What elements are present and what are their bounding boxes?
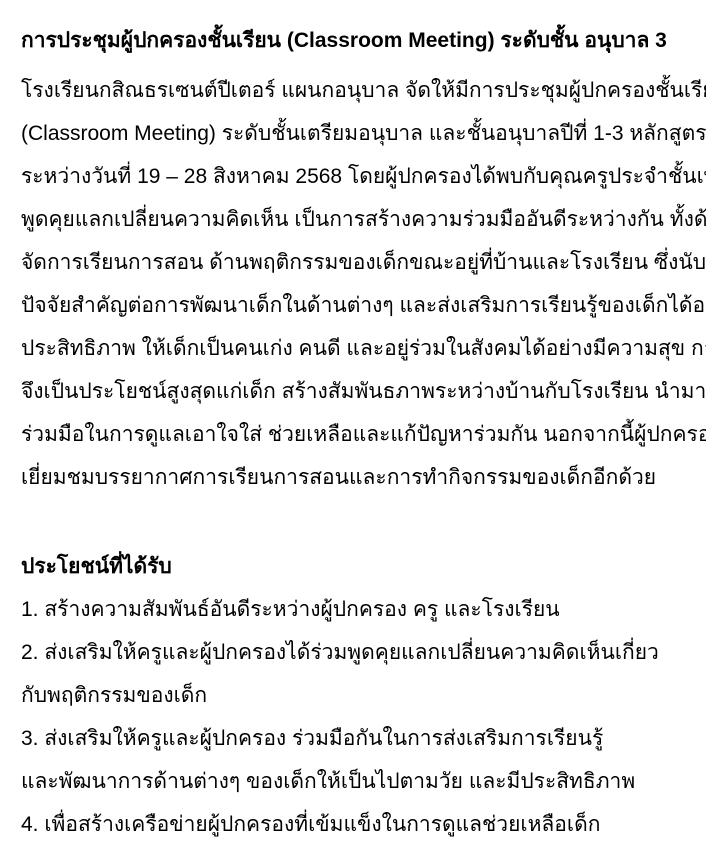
paragraph-line: เยี่ยมชมบรรยากาศการเรียนการสอนและการทำกิ… [21, 456, 690, 499]
benefit-item-1: 1. สร้างความสัมพันธ์อันดีระหว่างผู้ปกครอ… [21, 588, 690, 631]
paragraph-line: ปัจจัยสำคัญต่อการพัฒนาเด็กในด้านต่างๆ แล… [21, 284, 690, 327]
benefit-item-4: 4. เพื่อสร้างเครือข่ายผู้ปกครองที่เข้มแข… [21, 803, 690, 846]
document-page: การประชุมผู้ปกครองชั้นเรียน (Classroom M… [0, 0, 706, 860]
paragraph-line: ประสิทธิภาพ ให้เด็กเป็นคนเก่ง คนดี และอย… [21, 327, 690, 370]
benefit-item-3: 3. ส่งเสริมให้ครูและผู้ปกครอง ร่วมมือกัน… [21, 717, 690, 803]
benefits-section: ประโยชน์ที่ได้รับ 1. สร้างความสัมพันธ์อั… [21, 545, 690, 846]
paragraph-line: (Classroom Meeting) ระดับชั้นเตรียมอนุบา… [21, 112, 690, 155]
benefit-line: และพัฒนาการด้านต่างๆ ของเด็กให้เป็นไปตาม… [21, 760, 690, 803]
benefit-line: 1. สร้างความสัมพันธ์อันดีระหว่างผู้ปกครอ… [21, 588, 690, 631]
paragraph-line: โรงเรียนกสิณธรเซนต์ปีเตอร์ แผนกอนุบาล จั… [21, 69, 690, 112]
intro-paragraph: โรงเรียนกสิณธรเซนต์ปีเตอร์ แผนกอนุบาล จั… [21, 69, 690, 499]
benefit-item-2: 2. ส่งเสริมให้ครูและผู้ปกครองได้ร่วมพูดค… [21, 631, 690, 717]
paragraph-line: จึงเป็นประโยชน์สูงสุดแก่เด็ก สร้างสัมพัน… [21, 370, 690, 413]
benefit-line: 4. เพื่อสร้างเครือข่ายผู้ปกครองที่เข้มแข… [21, 803, 690, 846]
paragraph-line: ร่วมมือในการดูแลเอาใจใส่ ช่วยเหลือและแก้… [21, 413, 690, 456]
benefits-heading: ประโยชน์ที่ได้รับ [21, 545, 690, 588]
document-title: การประชุมผู้ปกครองชั้นเรียน (Classroom M… [21, 26, 690, 56]
benefit-line: 2. ส่งเสริมให้ครูและผู้ปกครองได้ร่วมพูดค… [21, 631, 690, 674]
paragraph-line: พูดคุยแลกเปลี่ยนความคิดเห็น เป็นการสร้าง… [21, 198, 690, 241]
benefit-line: กับพฤติกรรมของเด็ก [21, 674, 690, 717]
paragraph-line: ระหว่างวันที่ 19 – 28 สิงหาคม 2568 โดยผู… [21, 155, 690, 198]
benefit-line: 3. ส่งเสริมให้ครูและผู้ปกครอง ร่วมมือกัน… [21, 717, 690, 760]
paragraph-line: จัดการเรียนการสอน ด้านพฤติกรรมของเด็กขณะ… [21, 241, 690, 284]
